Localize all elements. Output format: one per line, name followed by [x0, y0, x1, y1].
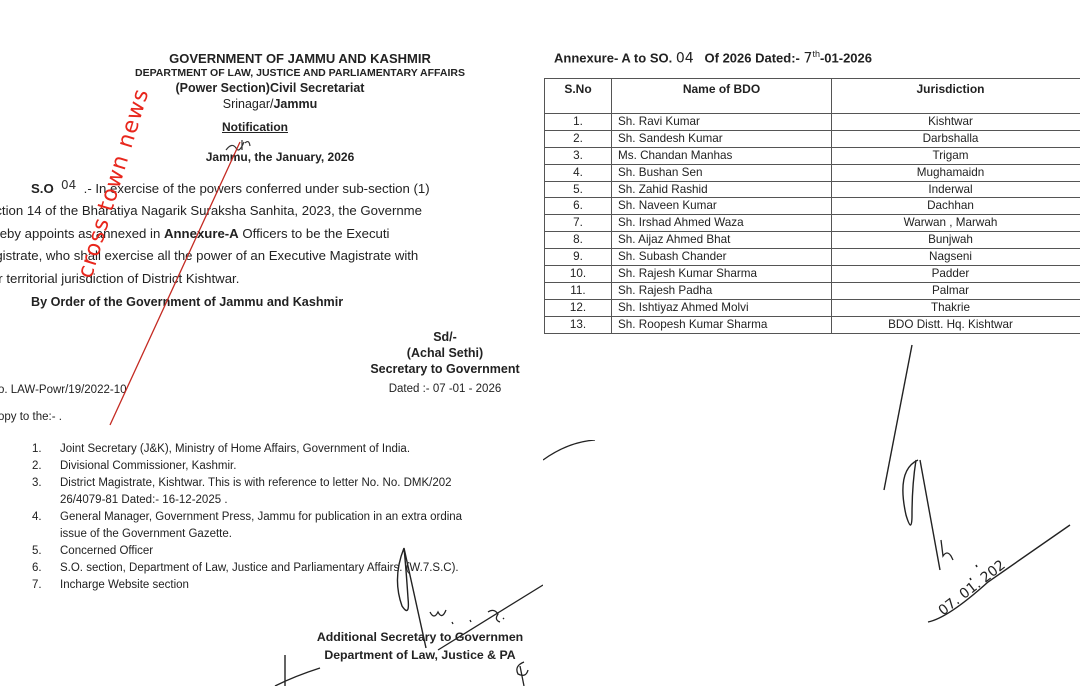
cell-jurisdiction: Darbshalla [832, 130, 1080, 147]
table-row: 10.Sh. Rajesh Kumar SharmaPadder [545, 266, 1080, 283]
cell-sno: 1. [545, 114, 612, 131]
cell-bdo-name: Sh. Sandesh Kumar [612, 130, 832, 147]
copy-to-item-text: S.O. section, Department of Law, Justice… [60, 562, 459, 574]
cell-sno: 4. [545, 164, 612, 181]
cell-jurisdiction: Mughamaidn [832, 164, 1080, 181]
cell-jurisdiction: Padder [832, 266, 1080, 283]
cell-bdo-name: Sh. Ishtiyaz Ahmed Molvi [612, 299, 832, 316]
cell-bdo-name: Sh. Irshad Ahmed Waza [612, 215, 832, 232]
signatory-date: Dated :- 07 -01 - 2026 [350, 383, 540, 395]
table-row: 9.Sh. Subash ChanderNagseni [545, 249, 1080, 266]
signatory-name: (Achal Sethi) [350, 346, 540, 360]
cell-jurisdiction: Kishtwar [832, 114, 1080, 131]
copy-to-item-text: Joint Secretary (J&K), Ministry of Home … [60, 443, 410, 455]
notification-document: GOVERNMENT OF JAMMU AND KASHMIR DEPARTME… [0, 0, 543, 686]
reference-number: o. LAW-Powr/19/2022-10 [0, 384, 127, 396]
copy-to-item-number: 7. [32, 577, 42, 594]
order-number-handwritten: 04 [61, 178, 76, 192]
copy-to-item-text: Concerned Officer [60, 545, 153, 557]
cell-sno: 5. [545, 181, 612, 198]
handwritten-stroke [543, 440, 603, 500]
copy-to-item: 7. Incharge Website section [32, 577, 542, 594]
copy-to-item-number: 3. [32, 475, 42, 492]
cell-bdo-name: Ms. Chandan Manhas [612, 147, 832, 164]
copy-to-item-text: Divisional Commissioner, Kashmir. [60, 460, 236, 472]
copy-to-item-text: General Manager, Government Press, Jammu… [60, 511, 462, 523]
header-location: Srinagar/Jammu [0, 97, 543, 111]
copy-to-item-number: 6. [32, 560, 42, 577]
cell-sno: 11. [545, 282, 612, 299]
cell-bdo-name: Sh. Roopesh Kumar Sharma [612, 316, 832, 333]
notification-title: Notification [0, 120, 543, 134]
table-row: 6.Sh. Naveen KumarDachhan [545, 198, 1080, 215]
signatory-sd: Sd/- [350, 330, 540, 344]
cell-jurisdiction: Dachhan [832, 198, 1080, 215]
table-row: 1.Sh. Ravi KumarKishtwar [545, 114, 1080, 131]
signature-date: 07. 01. 202 [936, 557, 1009, 619]
cell-sno: 10. [545, 266, 612, 283]
cell-jurisdiction: Warwan , Marwah [832, 215, 1080, 232]
table-row: 12.Sh. Ishtiyaz Ahmed MolviThakrie [545, 299, 1080, 316]
cell-jurisdiction: Trigam [832, 147, 1080, 164]
table-header-row: S.No Name of BDO Jurisdiction [545, 79, 1080, 114]
cell-jurisdiction: Palmar [832, 282, 1080, 299]
table-row: 7.Sh. Irshad Ahmed WazaWarwan , Marwah [545, 215, 1080, 232]
cell-bdo-name: Sh. Zahid Rashid [612, 181, 832, 198]
copy-to-item: 2.Divisional Commissioner, Kashmir. [32, 458, 542, 475]
cell-bdo-name: Sh. Subash Chander [612, 249, 832, 266]
table-row: 4.Sh. Bushan SenMughamaidn [545, 164, 1080, 181]
date-line: Jammu, the January, 2026 [0, 150, 543, 164]
copy-to-item-text: District Magistrate, Kishtwar. This is w… [60, 477, 452, 489]
cell-sno: 12. [545, 299, 612, 316]
header-government: GOVERNMENT OF JAMMU AND KASHMIR [0, 51, 543, 66]
table-row: 2.Sh. Sandesh KumarDarbshalla [545, 130, 1080, 147]
order-number-label: S.O [31, 181, 54, 196]
additional-secretary-title: Additional Secretary to Governmen [290, 630, 543, 644]
cell-sno: 6. [545, 198, 612, 215]
cell-sno: 8. [545, 232, 612, 249]
copy-to-item-continuation: 26/4079-81 Dated:- 16-12-2025 . [60, 492, 542, 509]
cell-sno: 3. [545, 147, 612, 164]
cell-jurisdiction: Thakrie [832, 299, 1080, 316]
copy-to-item: 4.General Manager, Government Press, Jam… [32, 509, 542, 543]
annexure-so-number: 04 [676, 50, 694, 66]
cell-bdo-name: Sh. Naveen Kumar [612, 198, 832, 215]
cell-bdo-name: Sh. Aijaz Ahmed Bhat [612, 232, 832, 249]
cell-sno: 7. [545, 215, 612, 232]
copy-to-item: 1.Joint Secretary (J&K), Ministry of Hom… [32, 441, 542, 458]
cell-sno: 13. [545, 316, 612, 333]
header-department: DEPARTMENT OF LAW, JUSTICE AND PARLIAMEN… [0, 67, 543, 79]
cell-bdo-name: Sh. Rajesh Kumar Sharma [612, 266, 832, 283]
copy-to-item: 5.Concerned Officer [32, 543, 542, 560]
copy-to-item-number: 5. [32, 543, 42, 560]
cell-jurisdiction: Inderwal [832, 181, 1080, 198]
copy-to-item-text: Incharge Website section [60, 579, 189, 591]
copy-to-item: 3.District Magistrate, Kishtwar. This is… [32, 475, 542, 509]
copy-to-item-number: 2. [32, 458, 42, 475]
column-header-jurisdiction: Jurisdiction [832, 79, 1080, 114]
cell-bdo-name: Sh. Ravi Kumar [612, 114, 832, 131]
cell-jurisdiction: Nagseni [832, 249, 1080, 266]
table-row: 5.Sh. Zahid RashidInderwal [545, 181, 1080, 198]
annexure-document: Annexure- A to SO. 04 Of 2026 Dated:- 7t… [543, 0, 1080, 686]
cell-jurisdiction: BDO Distt. Hq. Kishtwar [832, 316, 1080, 333]
copy-to-label: opy to the:- . [0, 411, 62, 423]
additional-secretary-department: Department of Law, Justice & PA [290, 648, 543, 662]
cell-bdo-name: Sh. Bushan Sen [612, 164, 832, 181]
cell-jurisdiction: Bunjwah [832, 232, 1080, 249]
cell-sno: 2. [545, 130, 612, 147]
bdo-table: S.No Name of BDO Jurisdiction 1.Sh. Ravi… [544, 78, 1080, 334]
table-row: 13.Sh. Roopesh Kumar SharmaBDO Distt. Hq… [545, 316, 1080, 333]
table-row: 8.Sh. Aijaz Ahmed BhatBunjwah [545, 232, 1080, 249]
annexure-title: Annexure- A to SO. 04 Of 2026 Dated:- 7t… [554, 49, 872, 66]
copy-to-item: 6.S.O. section, Department of Law, Justi… [32, 560, 542, 577]
copy-to-item-continuation: issue of the Government Gazette. [60, 526, 542, 543]
cell-sno: 9. [545, 249, 612, 266]
table-row: 3.Ms. Chandan ManhasTrigam [545, 147, 1080, 164]
column-header-sno: S.No [545, 79, 612, 114]
header-section: (Power Section)Civil Secretariat [0, 81, 543, 95]
copy-to-item-number: 4. [32, 509, 42, 526]
table-row: 11.Sh. Rajesh PadhaPalmar [545, 282, 1080, 299]
by-order-line: By Order of the Government of Jammu and … [31, 295, 343, 309]
cell-bdo-name: Sh. Rajesh Padha [612, 282, 832, 299]
signatory-title: Secretary to Government [350, 362, 540, 376]
column-header-name: Name of BDO [612, 79, 832, 114]
copy-to-list: 1.Joint Secretary (J&K), Ministry of Hom… [32, 441, 542, 594]
copy-to-item-number: 1. [32, 441, 42, 458]
